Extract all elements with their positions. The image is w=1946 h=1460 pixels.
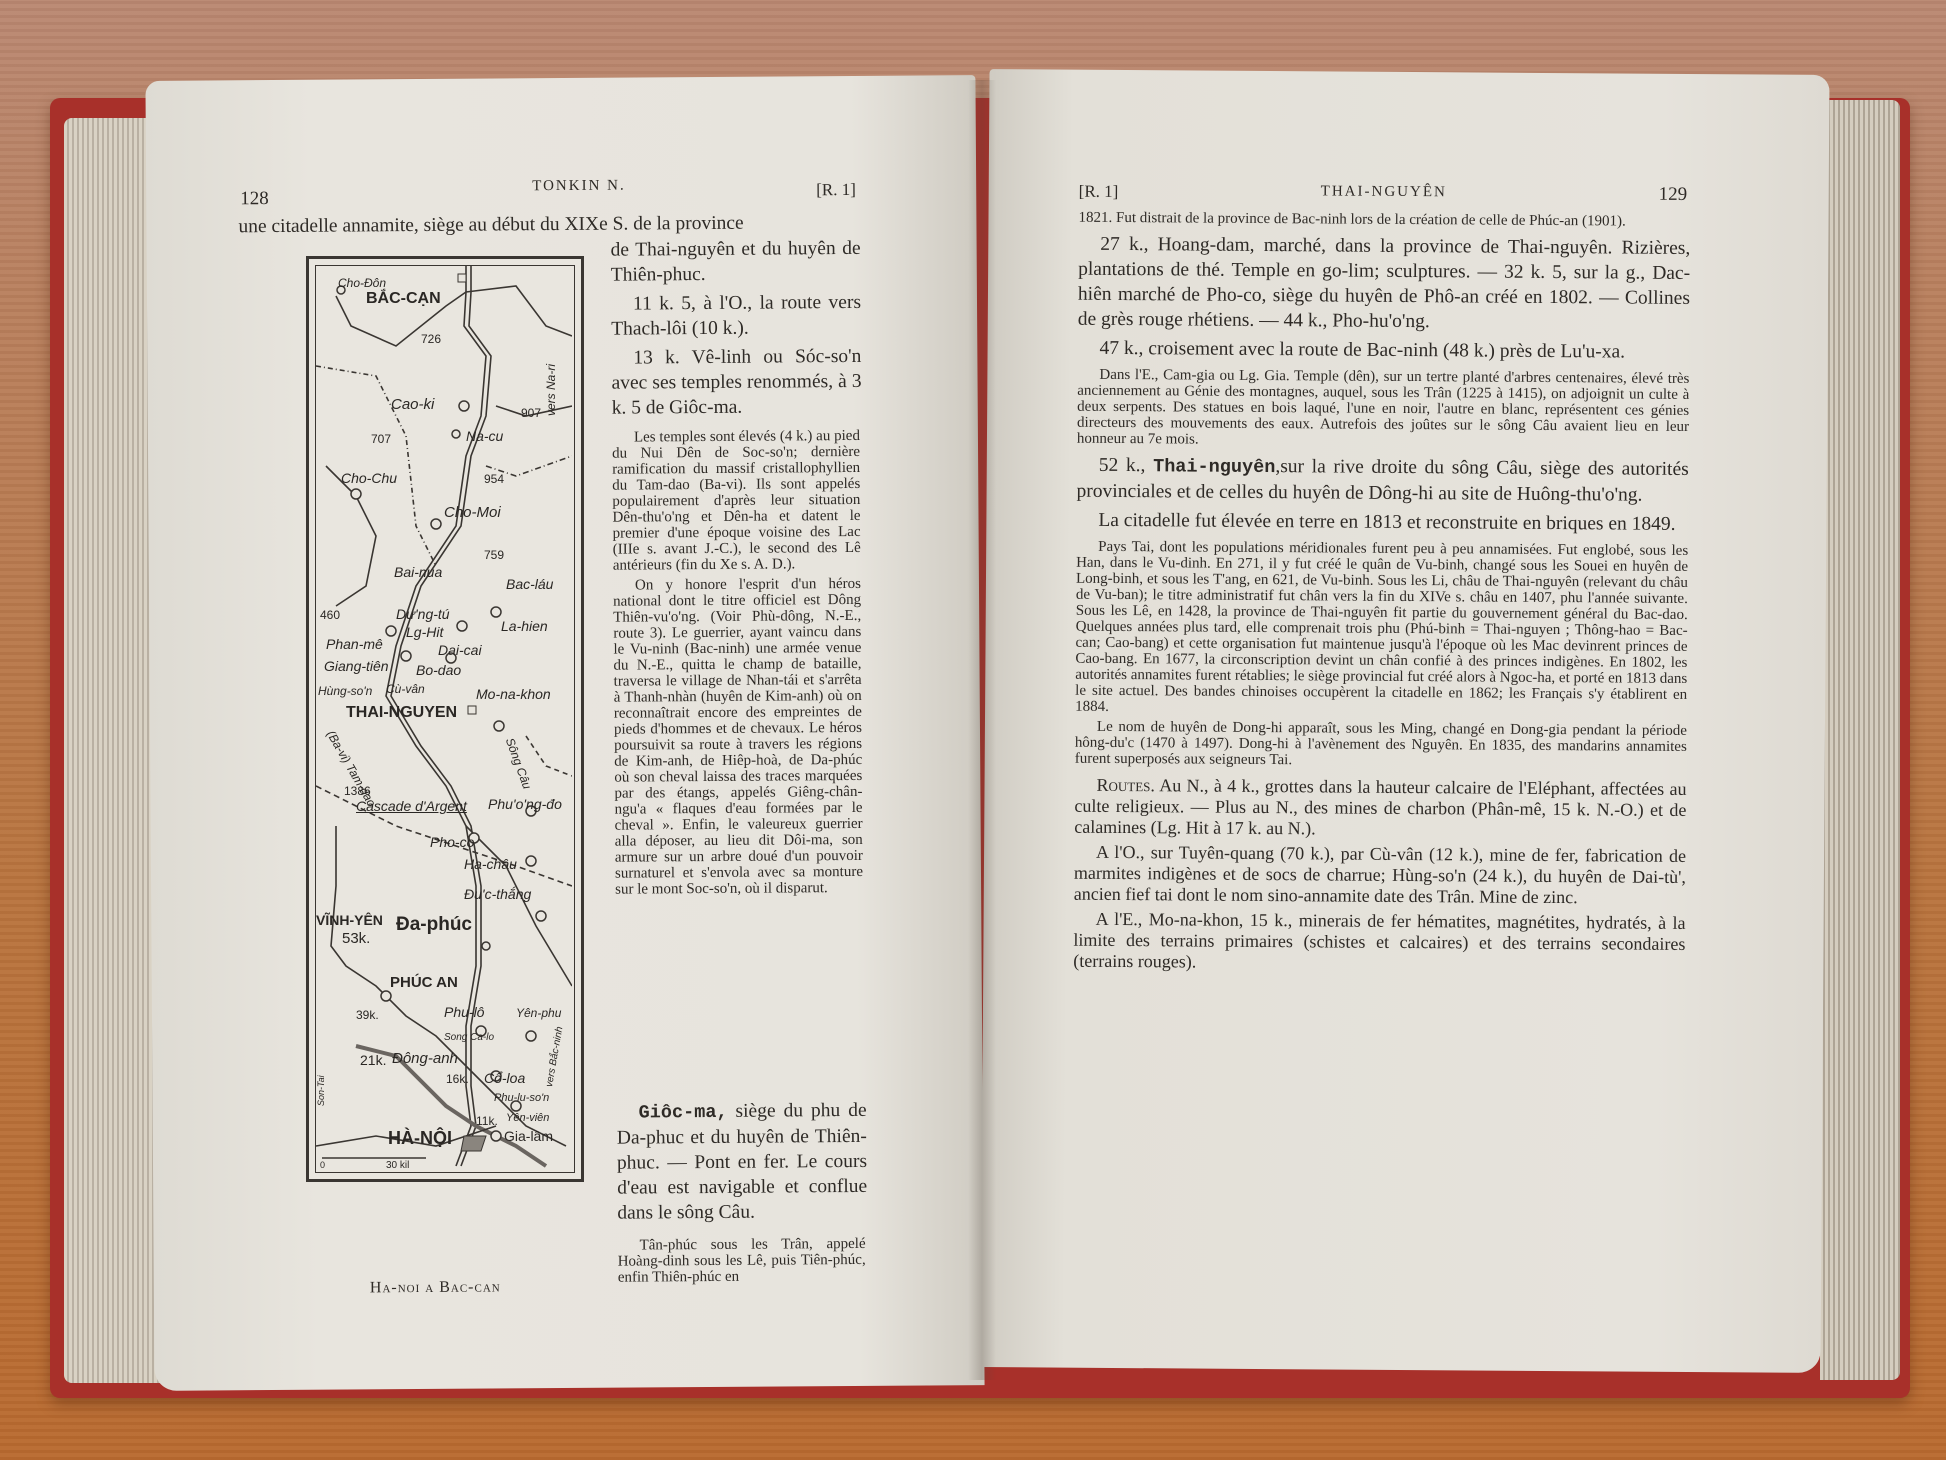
- map-label: Yên-viên: [506, 1112, 549, 1124]
- map-label: 1386: [344, 784, 371, 798]
- map-label: BẮC-CẠN: [366, 290, 441, 308]
- paragraph: La citadelle fut élevée en terre en 1813…: [1076, 508, 1688, 537]
- map-label: Cho-Chu: [341, 470, 397, 486]
- page-number: 129: [1659, 184, 1688, 206]
- small-paragraph: Pays Tai, dont les populations méridiona…: [1075, 539, 1688, 719]
- map-label: Phu'o'ng-đo: [488, 796, 562, 812]
- map-label: Đa-phúc: [396, 914, 472, 936]
- map-label: HÀ-NỘI: [388, 1128, 452, 1149]
- map-caption: Ha-noi a Bac-can: [370, 1278, 501, 1297]
- map-label: Cascade d'Argent: [356, 798, 467, 814]
- map-label: Cao-ki: [391, 396, 434, 413]
- map-label: Ha-châu: [464, 856, 517, 872]
- map-label: Son-Tai: [316, 1075, 326, 1106]
- map-label: Gia-lâm: [504, 1128, 553, 1144]
- map-label: Cổ-loa: [484, 1070, 525, 1086]
- map-label: Cù-vân: [386, 682, 425, 696]
- map-label: Yên-phu: [516, 1006, 561, 1020]
- running-head: THAI-NGUYÊN: [1321, 183, 1447, 201]
- scale-label: 30 kil: [386, 1160, 409, 1171]
- paragraph: Les temples sont élevés (4 k.) au pied d…: [612, 428, 861, 574]
- map-label: PHÚC AN: [390, 974, 458, 991]
- routes-label: Routes.: [1096, 775, 1155, 795]
- gioc-ma-heading: Giôc-ma,: [639, 1102, 728, 1124]
- map-label: Đông-anh: [392, 1050, 458, 1067]
- scale-zero: 0: [320, 1160, 325, 1170]
- running-head: TONKIN N.: [532, 178, 626, 196]
- map-label: 759: [484, 548, 504, 562]
- map-label: 907: [521, 406, 541, 420]
- map-label: Bai-nua: [394, 564, 442, 580]
- map-label: Na-cu: [466, 428, 503, 444]
- intro-line: une citadelle annamite, siège au début d…: [238, 210, 858, 239]
- right-page: [R. 1] THAI-NGUYÊN 129 1821. Fut distrai…: [980, 69, 1829, 1373]
- map-label: Giang-tiên: [324, 658, 389, 674]
- place-heading: Thai-nguyên: [1153, 456, 1275, 478]
- map-label: 53k.: [342, 930, 370, 947]
- map-label: 954: [484, 472, 504, 486]
- map-label: 460: [320, 608, 340, 622]
- map-label: Phu-lô: [444, 1004, 484, 1020]
- route-map: Cho-Đôn BẮC-CẠN 726 Cao-ki 907 vers Na-r…: [306, 256, 584, 1182]
- map-label: Phu-lu-so'n: [494, 1092, 549, 1104]
- map-label: Dai-cai: [438, 642, 482, 658]
- map-label: La-hien: [501, 618, 548, 634]
- right-text-body: 1821. Fut distrait de la province de Bac…: [1073, 210, 1690, 980]
- map-label: Bac-láu: [506, 576, 553, 592]
- small-paragraph: Dans l'E., Cam-gia ou Lg. Gia. Temple (d…: [1077, 367, 1690, 451]
- paragraph: de Thai-nguyên et du huyên de Thiên-phuc…: [611, 236, 861, 288]
- map-label: Pho-co: [430, 834, 474, 850]
- routes-paragraph: Routes. Au N., à 4 k., grottes dans la h…: [1073, 775, 1686, 976]
- map-label: 707: [371, 432, 391, 446]
- map-label: 726: [421, 332, 441, 346]
- map-label: THAI-NGUYEN: [346, 704, 457, 722]
- page-edges-right: [1820, 100, 1900, 1380]
- small-paragraph: 1821. Fut distrait de la province de Bac…: [1078, 210, 1690, 230]
- map-label: Mo-na-khon: [476, 686, 551, 702]
- section-mark: [R. 1]: [816, 180, 856, 200]
- paragraph: 47 k., croisement avec la route de Bac-n…: [1078, 336, 1690, 365]
- map-label: Đu'c-thắng: [464, 886, 531, 902]
- paragraph: 52 k., Thai-nguyên,sur la rive droite du…: [1077, 453, 1689, 508]
- page-number: 128: [240, 188, 269, 210]
- map-label: Lg-Hit: [406, 624, 443, 640]
- paragraph: 27 k., Hoang-dam, marché, dans la provin…: [1078, 232, 1691, 336]
- section-mark: [R. 1]: [1079, 182, 1119, 202]
- paragraph: On y honore l'esprit d'un héros national…: [613, 576, 863, 898]
- map-label: 21k.: [360, 1052, 386, 1068]
- map-label: Cho-Đôn: [338, 276, 386, 290]
- map-label: 11k.: [476, 1114, 498, 1128]
- map-label: Dư'ng-tú: [396, 606, 450, 622]
- map-label: Phan-mê: [326, 636, 383, 652]
- small-paragraph: Le nom de huyên de Dong-hi apparaît, sou…: [1075, 719, 1687, 771]
- paragraph: 11 k. 5, à l'O., la route vers Thach-lôi…: [611, 290, 861, 342]
- gioc-ma-paragraph: Giôc-ma, siège du phu de Da-phuc et du h…: [617, 1098, 868, 1230]
- book-gutter: [968, 80, 996, 1380]
- text-column-top: de Thai-nguyên et du huyên de Thiên-phuc…: [611, 236, 862, 425]
- map-label: vers Na-ri: [544, 364, 558, 416]
- map-frame: Cho-Đôn BẮC-CẠN 726 Cao-ki 907 vers Na-r…: [315, 265, 575, 1173]
- map-label: 39k.: [356, 1008, 379, 1022]
- footer-small: Tân-phúc sous les Trân, appelé Hoàng-din…: [618, 1236, 866, 1290]
- map-label: 16k.: [446, 1072, 469, 1086]
- text-column-small: Les temples sont élevés (4 k.) au pied d…: [612, 428, 863, 902]
- paragraph: 13 k. Vê-linh ou Sóc-so'n avec ses templ…: [611, 344, 862, 421]
- map-label: Cho-Moi: [444, 504, 501, 521]
- map-label: Hùng-so'n: [318, 684, 372, 698]
- map-label: Bo-dao: [416, 662, 461, 678]
- map-label: Song Ca-lo: [444, 1032, 494, 1043]
- map-label: VĨNH-YÊN: [316, 912, 383, 928]
